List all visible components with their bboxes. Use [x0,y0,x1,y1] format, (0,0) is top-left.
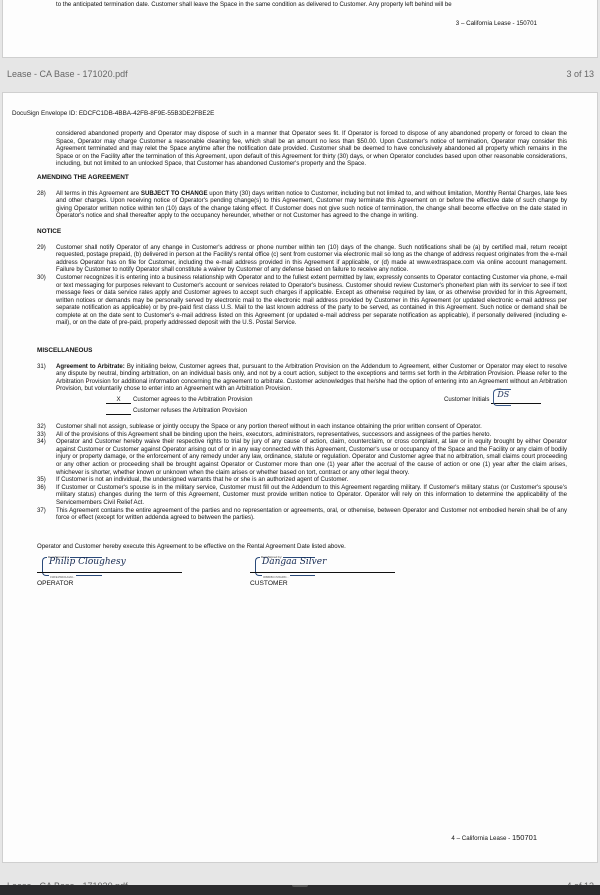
section-heading-amending: AMENDING THE AGREEMENT [37,174,567,182]
signature-block: DocuSigned by: Philip Cloughesy 193FE159… [37,553,567,593]
pdf-page-bar-3: Lease - CA Base - 171020.pdf 3 of 13 [0,59,600,92]
customer-signature-name: Dangaa Silver [262,559,326,567]
pdf-page-3: to the anticipated termination date. Cus… [2,0,598,58]
clause-37: 37) This Agreement contains the entire a… [37,507,567,522]
handle-indicator[interactable] [292,885,308,887]
pdf-page-4: DocuSign Envelope ID: EDCFC1DB-4BBA-42FB… [2,92,598,863]
viewer-bottom-bar [0,885,600,895]
agree-mark[interactable]: X [106,396,131,404]
operator-label: OPERATOR [37,580,73,588]
misc-clauses: 32) Customer shall not assign, sublease … [37,423,567,522]
page-indicator: 3 of 13 [566,69,594,79]
page-3-footer: 3 – California Lease - 150701 [456,20,537,27]
customer-initials: DS [497,391,509,399]
clause-35: 35) If Customer is not an individual, th… [37,476,567,484]
page-4-content: considered abandoned property and Operat… [37,130,567,593]
operator-signature-name: Philip Cloughesy [49,559,126,567]
clause-30: 30) Customer recognizes it is entering i… [37,274,567,327]
continuation-paragraph: considered abandoned property and Operat… [37,130,567,168]
section-heading-notice: NOTICE [37,228,567,236]
pdf-page-bar-4: Lease - CA Base - 171020.pdf 4 of 13 [0,863,600,885]
clause-36: 36) If Customer or Customer's spouse is … [37,484,567,507]
clause-34: 34) Operator and Customer hereby waive t… [37,438,567,476]
arbitration-choices: X Customer agrees to the Arbitration Pro… [56,393,567,417]
page-4-footer: 4 – California Lease - 150701 [451,833,537,842]
clause-29: 29) Customer shall notify Operator of an… [37,244,567,274]
clause-33: 33) All of the provisions of this Agreem… [37,431,567,439]
page-3-carry-line: to the anticipated termination date. Cus… [56,1,551,8]
arbitration-refuse-option[interactable]: Customer refuses the Arbitration Provisi… [106,404,247,415]
file-name: Lease - CA Base - 171020.pdf [7,69,128,79]
customer-label: CUSTOMER [250,580,288,588]
clause-32: 32) Customer shall not assign, sublease … [37,423,567,431]
arbitration-agree-option[interactable]: X Customer agrees to the Arbitration Pro… [106,393,253,404]
clause-31: 31) Agreement to Arbitrate: By initialin… [37,363,567,393]
docusign-envelope-id: DocuSign Envelope ID: EDCFC1DB-4BBA-42FB… [12,110,214,117]
execution-statement: Operator and Customer hereby execute thi… [37,543,567,551]
refuse-mark[interactable] [106,414,131,415]
customer-initials-field[interactable]: Customer Initials DS DS [444,393,541,404]
clause-28: 28) All terms in this Agreement are SUBJ… [37,190,567,220]
section-heading-misc: MISCELLANEOUS [37,347,567,355]
